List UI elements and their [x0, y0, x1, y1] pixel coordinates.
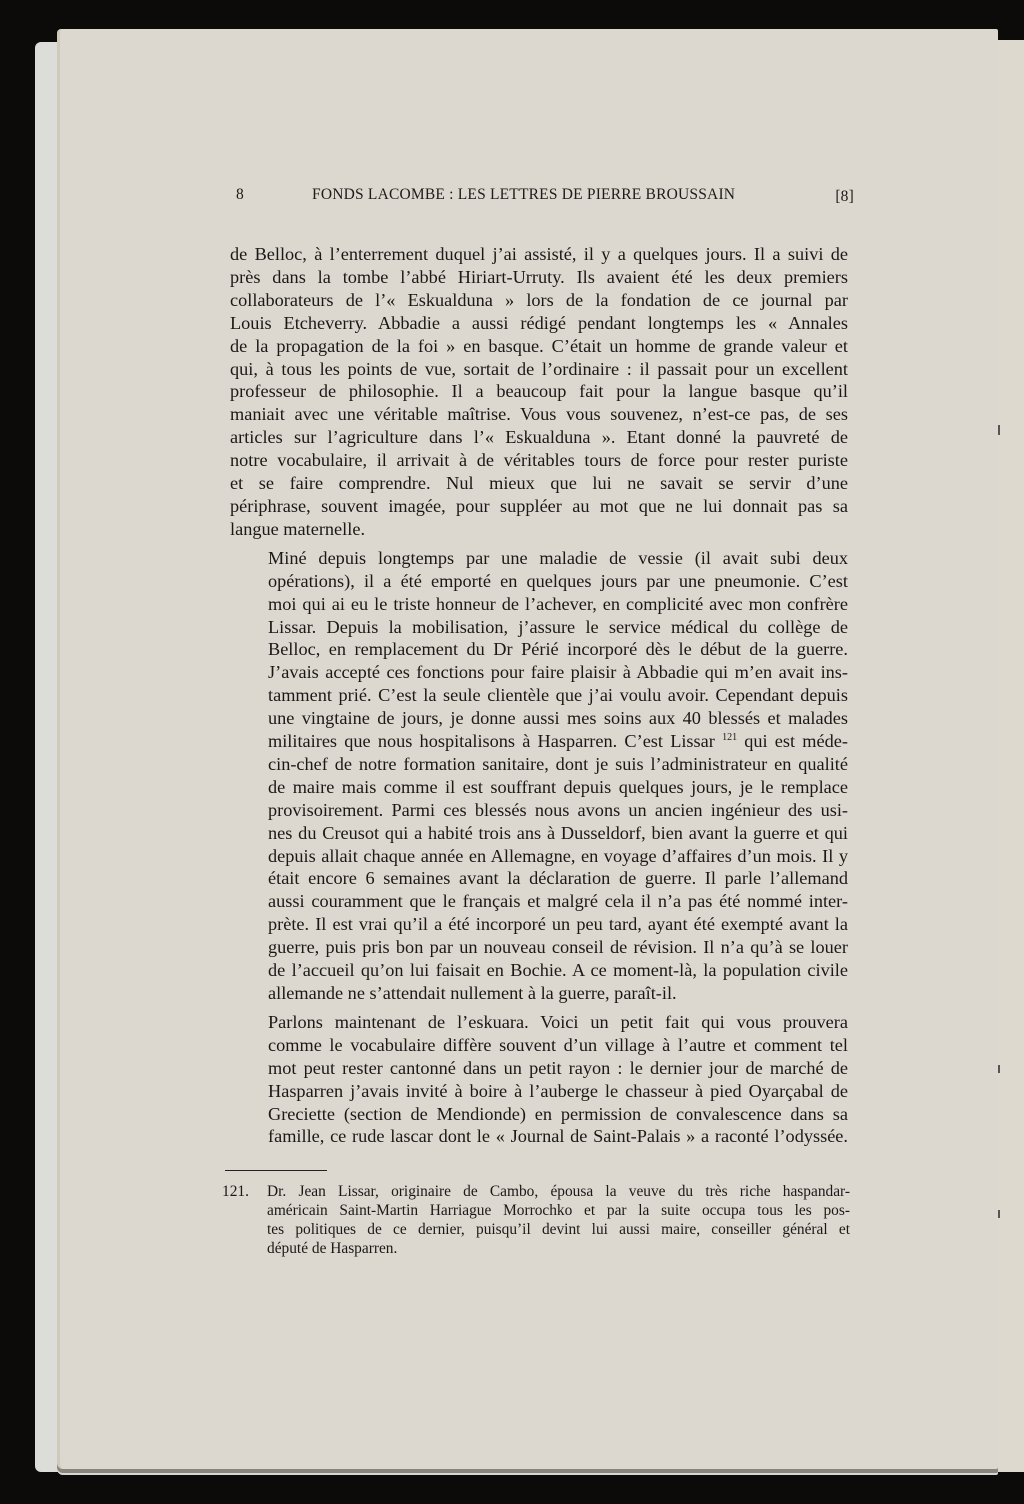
text-line: de maire mais comme il est souffrant dep… — [230, 776, 848, 799]
text-segment: qui est méde- — [737, 731, 848, 751]
text-line: aussi couramment que le français et malg… — [230, 890, 848, 913]
bracket-page-number: [8] — [835, 188, 854, 206]
text-line: guerre, puis pris bon par un nouveau con… — [230, 936, 848, 959]
text-line: une vingtaine de jours, je donne aussi m… — [230, 707, 848, 730]
text-line: Miné depuis longtemps par une maladie de… — [230, 547, 848, 570]
text-line: mot peut rester cantonné dans un petit r… — [230, 1057, 848, 1080]
margin-mark — [998, 1065, 1000, 1073]
running-title: FONDS LACOMBE : LES LETTRES DE PIERRE BR… — [312, 186, 735, 204]
text-line: de la propagation de la foi » en basque.… — [230, 335, 848, 358]
footnote-line: député de Hasparren. — [267, 1239, 850, 1258]
text-line: professeur de philosophie. Il a beaucoup… — [230, 380, 848, 403]
text-line: articles sur l’agriculture dans l’« Esku… — [230, 426, 848, 449]
footnote-separator-rule — [225, 1170, 327, 1171]
adjacent-page-edge — [996, 40, 1024, 1472]
text-line-with-footnote-ref: militaires que nous hospitalisons à Hasp… — [230, 730, 848, 753]
text-line: cin-chef de notre formation sanitaire, d… — [230, 753, 848, 776]
text-line: nes du Creusot qui a habité trois ans à … — [230, 822, 848, 845]
text-line: prète. Il est vrai qu’il a été incorporé… — [230, 913, 848, 936]
text-line: moi qui ai eu le triste honneur de l’ach… — [230, 593, 848, 616]
footnote-line: américain Saint-Martin Harriague Morroch… — [267, 1201, 850, 1220]
margin-mark — [998, 425, 1000, 435]
text-line: collaborateurs de l’« Eskualduna » lors … — [230, 289, 848, 312]
footnote-reference[interactable]: 121 — [722, 732, 737, 743]
text-line: Lissar. Depuis la mobilisation, j’assure… — [230, 616, 848, 639]
text-line: tamment prié. C’est la seule clientèle q… — [230, 684, 848, 707]
paragraph-1: de Belloc, à l’enterrement duquel j’ai a… — [230, 243, 848, 541]
text-line: depuis allait chaque année en Allemagne,… — [230, 845, 848, 868]
text-line: et se faire comprendre. Nul mieux que lu… — [230, 472, 848, 495]
text-line: près dans la tombe l’abbé Hiriart-Urruty… — [230, 266, 848, 289]
margin-mark — [998, 1210, 1000, 1218]
text-line: provisoirement. Parmi ces blessés nous a… — [230, 799, 848, 822]
text-line: périphrase, souvent imagée, pour supplée… — [230, 495, 848, 518]
footnote-text: Dr. Jean Lissar, originaire de Cambo, ép… — [267, 1182, 850, 1258]
paragraph-2: Miné depuis longtemps par une maladie de… — [230, 547, 848, 1005]
text-line: Greciette (section de Mendionde) en perm… — [230, 1103, 848, 1126]
footnote-line: Dr. Jean Lissar, originaire de Cambo, ép… — [267, 1182, 850, 1201]
text-line: famille, ce rude lascar dont le « Journa… — [230, 1125, 848, 1148]
body-text: de Belloc, à l’enterrement duquel j’ai a… — [230, 243, 848, 1154]
text-line: notre vocabulaire, il arrivait à de véri… — [230, 449, 848, 472]
page-number: 8 — [236, 186, 244, 204]
text-line: opérations), il a été emporté en quelque… — [230, 570, 848, 593]
text-segment: militaires que nous hospitalisons à Hasp… — [268, 731, 722, 751]
text-line: Belloc, en remplacement du Dr Périé inco… — [230, 638, 848, 661]
footnote-number: 121. — [222, 1182, 249, 1201]
text-line: qui, à tous les points de vue, sortait d… — [230, 358, 848, 381]
text-line: Louis Etcheverry. Abbadie a aussi rédigé… — [230, 312, 848, 335]
paragraph-3: Parlons maintenant de l’eskuara. Voici u… — [230, 1011, 848, 1148]
text-line: maniait avec une véritable maîtrise. Vou… — [230, 403, 848, 426]
text-line: comme le vocabulaire diffère souvent d’u… — [230, 1034, 848, 1057]
text-line: de Belloc, à l’enterrement duquel j’ai a… — [230, 243, 848, 266]
text-line: Parlons maintenant de l’eskuara. Voici u… — [230, 1011, 848, 1034]
footnote-line: tes politiques de ce dernier, puisqu’il … — [267, 1220, 850, 1239]
text-line: Hasparren j’avais invité à boire à l’aub… — [230, 1080, 848, 1103]
text-line: langue maternelle. — [230, 518, 848, 541]
text-line: de l’accueil qu’on lui faisait en Bochie… — [230, 959, 848, 982]
text-line: était encore 6 semaines avant la déclara… — [230, 867, 848, 890]
text-line: allemande ne s’attendait nullement à la … — [230, 982, 848, 1005]
text-line: J’avais accepté ces fonctions pour faire… — [230, 661, 848, 684]
